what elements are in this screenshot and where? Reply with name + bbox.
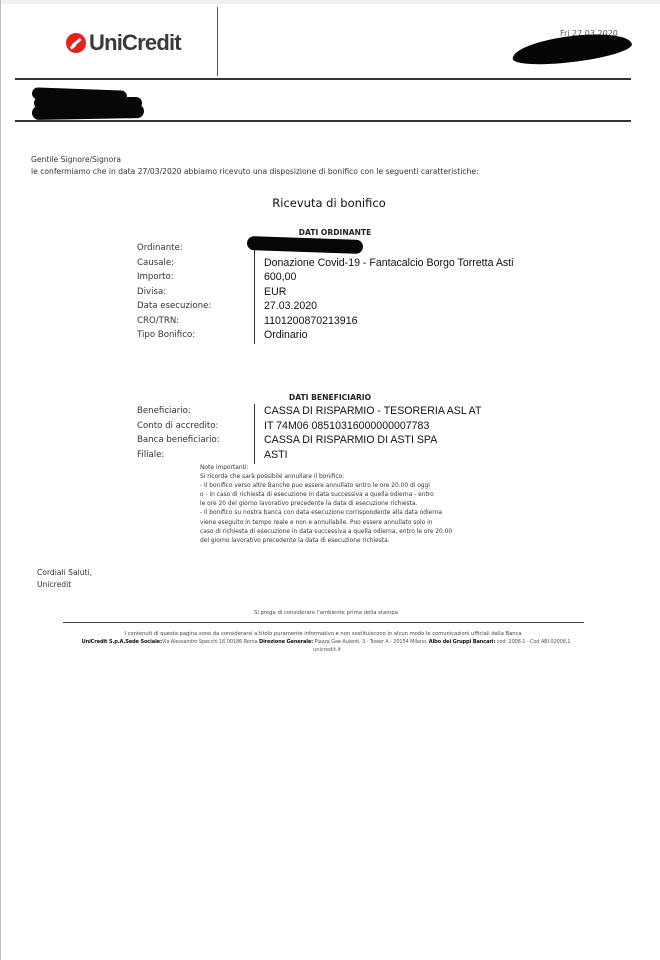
unicredit-logo: UniCredit — [66, 30, 181, 56]
intro-text: Gentile Signore/Signora le confermiamo c… — [31, 154, 479, 178]
notes-line: - Il bonifico verso altre Banche puo ess… — [200, 482, 452, 491]
footer-rule — [63, 622, 584, 623]
redaction-customer-name — [32, 89, 144, 121]
greeting: Gentile Signore/Signora — [31, 154, 479, 166]
website-link[interactable]: unicredit.it — [313, 647, 341, 653]
beneficiario-divider — [254, 404, 255, 464]
closing-sender: Unicredit — [37, 579, 92, 591]
footer-website: unicredit.it — [0, 647, 660, 653]
important-notes: Note importanti: Si ricorda che sarà pos… — [200, 464, 452, 546]
brand-name: UniCredit — [89, 30, 181, 56]
notes-line: caso di richiesta di esecuzione in data … — [200, 528, 452, 537]
confirmation-message: le confermiamo che in data 27/03/2020 ab… — [31, 166, 479, 178]
header-divider — [217, 7, 218, 76]
page-left-edge — [0, 0, 1, 960]
section-heading-ordinante: DATI ORDINANTE — [0, 228, 660, 237]
closing-signature: Cordiali Saluti, Unicredit — [37, 567, 92, 591]
redaction-ordinante — [247, 236, 363, 254]
notes-line: - Il bonifico su nostra banca con data e… — [200, 509, 452, 518]
footer-company-info: UniCredit S.p.A.Sede Sociale:Via Alessan… — [0, 639, 660, 645]
redaction-address — [511, 29, 633, 69]
closing-salutation: Cordiali Saluti, — [37, 567, 92, 579]
notes-line: le ore 20 del giorno lavorativo preceden… — [200, 500, 452, 509]
notes-line: o - in caso di richiesta di esecuzione i… — [200, 491, 452, 500]
document-title: Ricevuta di bonifico — [0, 196, 660, 210]
notes-line: Si ricorda che sarà possibile annullare … — [200, 473, 452, 482]
notes-line: del giorno lavorativo precedente la data… — [200, 537, 452, 546]
footer-disclaimer: I contenuti di questa pagina sono da con… — [0, 631, 660, 637]
page-top-strip — [0, 0, 660, 4]
ordinante-divider — [254, 240, 255, 344]
eco-print-note: Si prega di considerare l'ambiente prima… — [0, 610, 660, 616]
unicredit-logo-icon — [66, 33, 86, 53]
header-rule-bottom — [15, 120, 631, 122]
notes-line: viene eseguito in tempo reale e non e an… — [200, 519, 452, 528]
notes-line: Note importanti: — [200, 464, 452, 473]
header-rule-top — [15, 78, 631, 80]
section-heading-beneficiario: DATI BENEFICIARIO — [0, 393, 660, 402]
